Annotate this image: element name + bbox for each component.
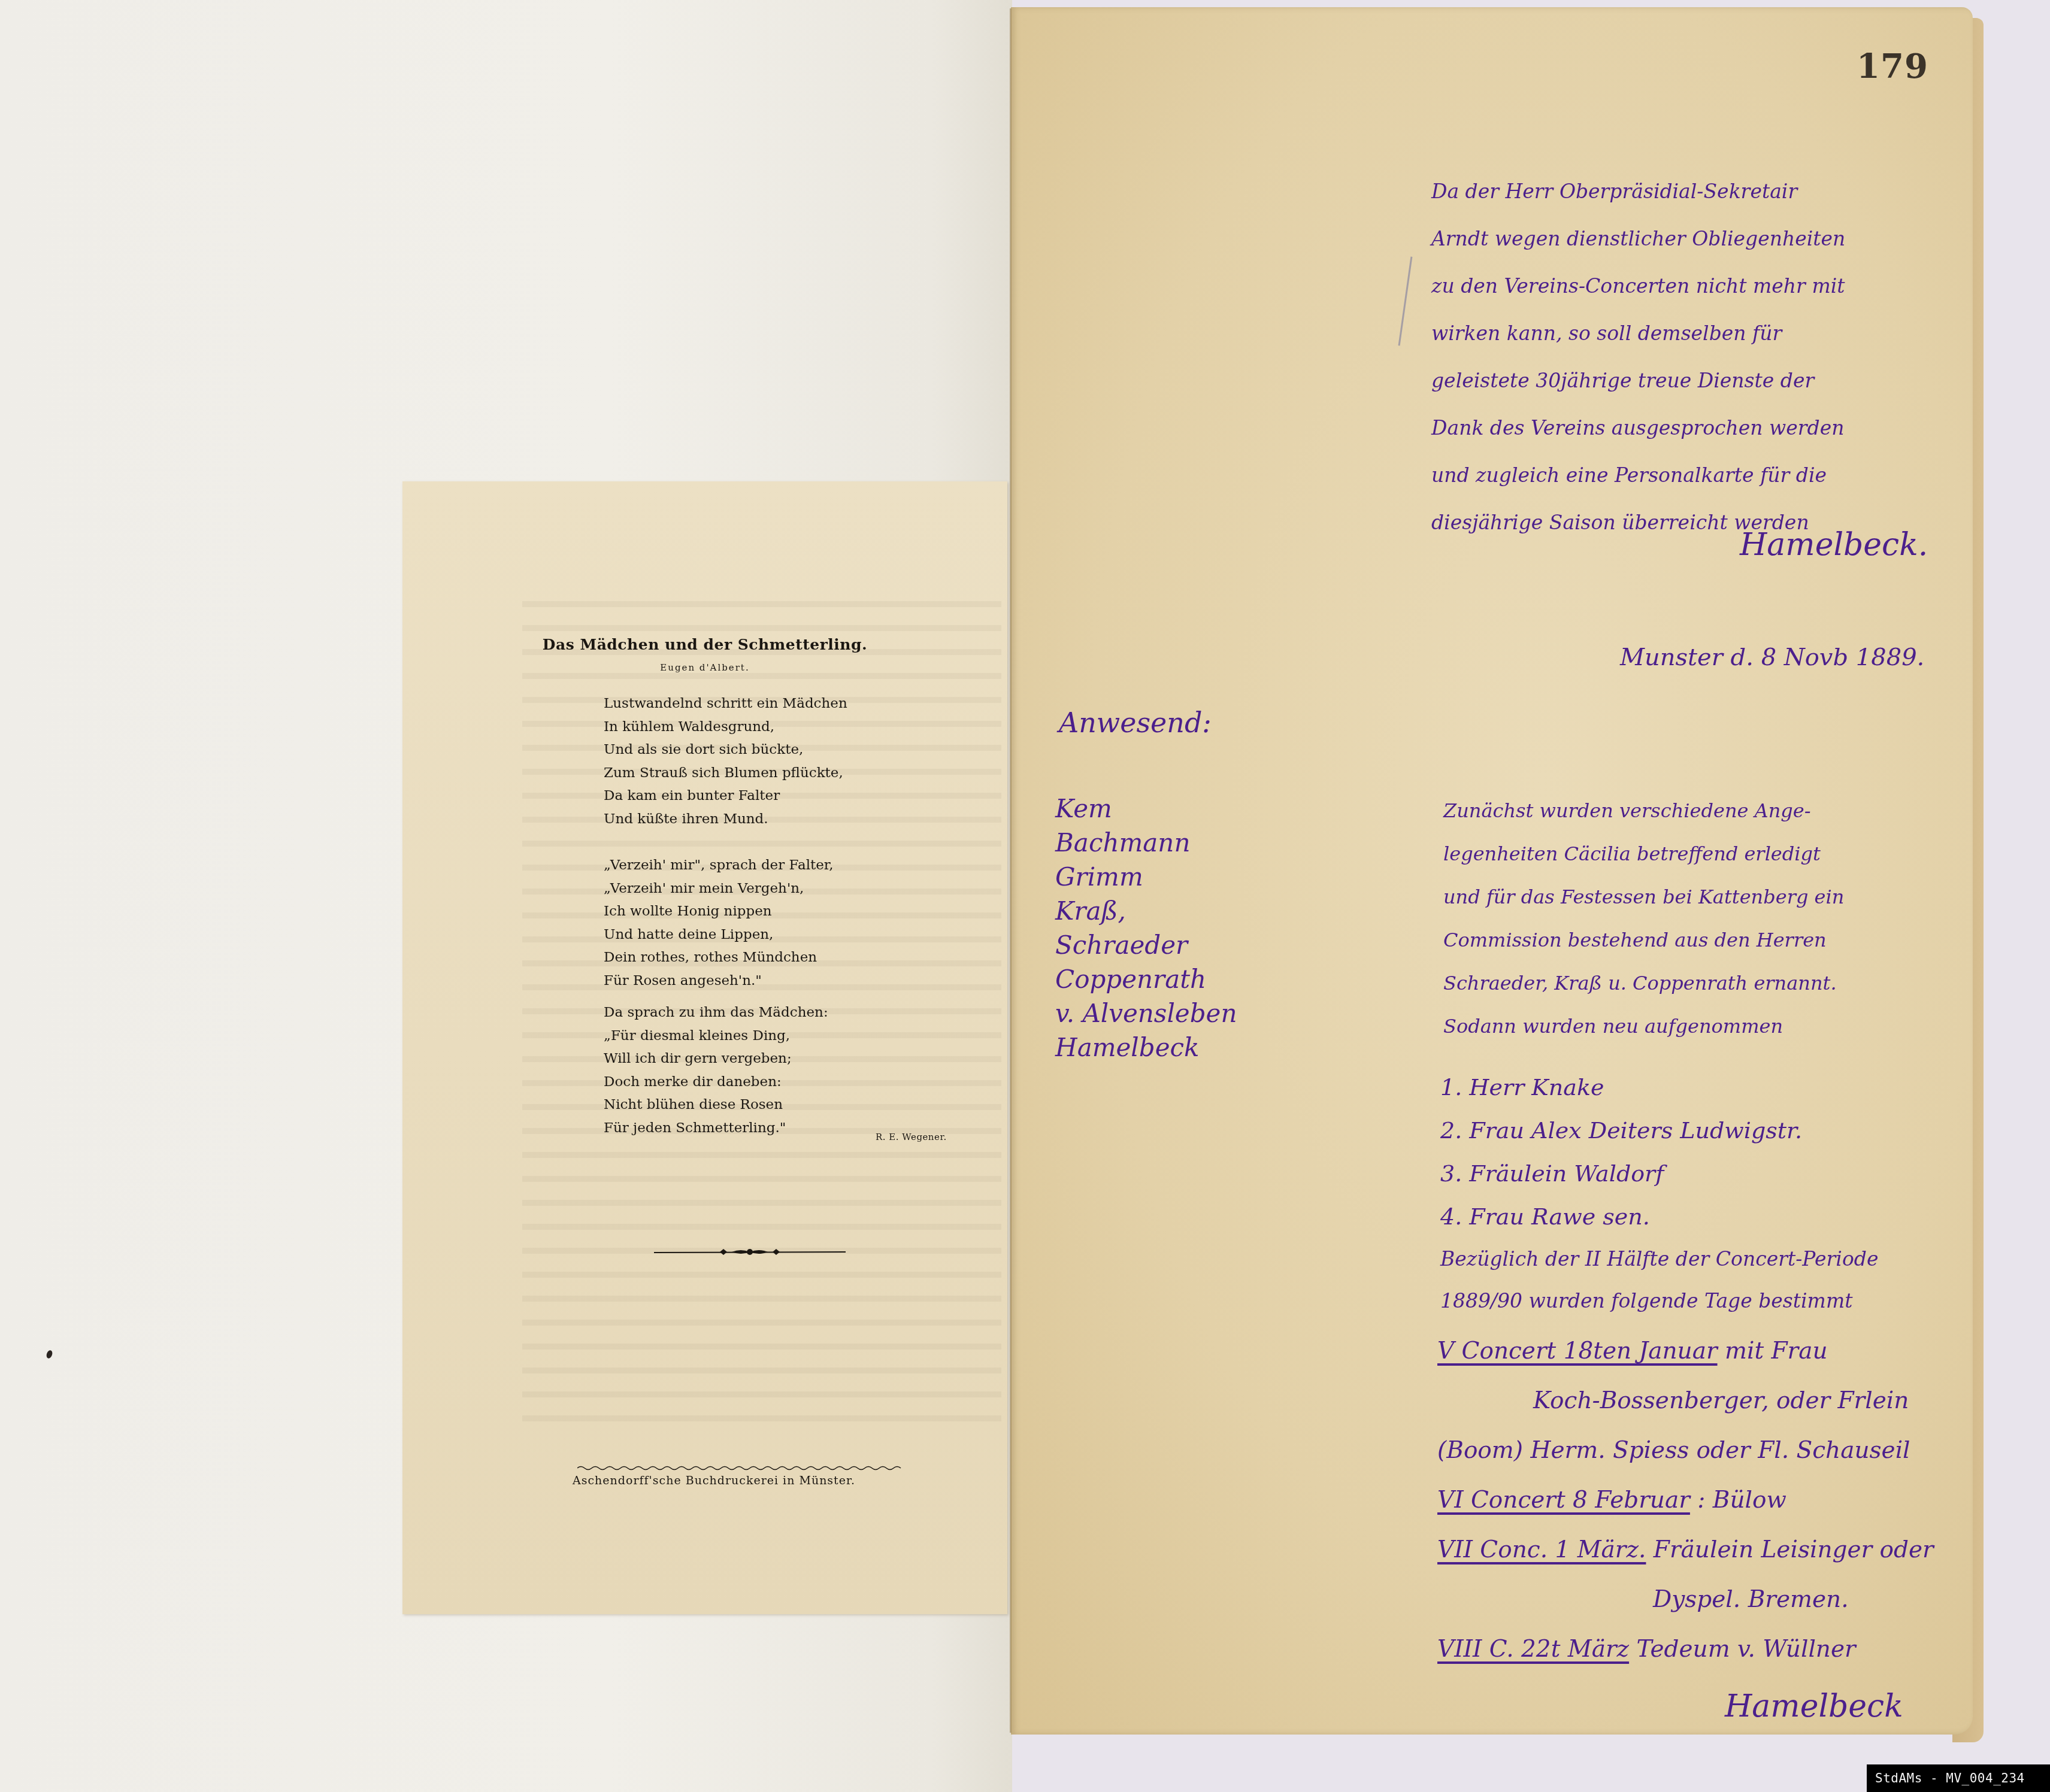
concert-entry: (Boom) Herm. Spiess oder Fl. Schauseil xyxy=(1437,1426,1934,1475)
gutter xyxy=(1010,8,1012,1733)
new-members-list: 1. Herr Knake 2. Frau Alex Deiters Ludwi… xyxy=(1440,1066,1802,1238)
concert-detail: Fräulein Leisinger oder xyxy=(1646,1536,1933,1563)
handwritten-line: zu den Vereins-Concerten nicht mehr mit xyxy=(1431,262,1845,310)
signature-2: Hamelbeck xyxy=(1725,1688,1903,1724)
poem-line: Ich wollte Honig nippen xyxy=(604,900,834,923)
attendee-name: Hamelbeck xyxy=(1055,1030,1237,1065)
poem-line: Und als sie dort sich bückte, xyxy=(604,738,847,762)
concert-entry: V Concert 18ten Januar mit Frau xyxy=(1437,1326,1934,1376)
minutes-paragraph-1: Da der Herr Oberpräsidial-Sekretair Arnd… xyxy=(1431,168,1845,546)
handwritten-line: Zunächst wurden verschiedene Ange- xyxy=(1443,789,1844,832)
attendance-heading: Anwesend: xyxy=(1059,707,1212,739)
concert-label: VI Concert 8 Februar xyxy=(1437,1487,1690,1514)
poem-line: Dein rothes, rothes Mündchen xyxy=(604,946,834,969)
dateline: Munster d. 8 Novb 1889. xyxy=(1620,644,1924,671)
poem-line: Nicht blühen diese Rosen xyxy=(604,1093,828,1117)
poem-stanza-2: „Verzeih' mir", sprach der Falter, „Verz… xyxy=(604,854,834,992)
poem-line: Für Rosen angeseh'n." xyxy=(604,969,834,993)
poem-line: „Verzeih' mir", sprach der Falter, xyxy=(604,854,834,877)
concert-detail: Koch-Bossenberger, oder Frlein xyxy=(1533,1387,1909,1414)
concert-schedule: V Concert 18ten Januar mit Frau Koch-Bos… xyxy=(1437,1326,1934,1674)
poem-line: Und küßte ihren Mund. xyxy=(604,808,847,831)
poem-title: Das Mädchen und der Schmetterling. xyxy=(402,636,1007,653)
poem-line: Für jeden Schmetterling." xyxy=(604,1117,828,1140)
poem-author: R. E. Wegener. xyxy=(876,1132,947,1142)
handwritten-line: wirken kann, so soll demselben für xyxy=(1431,310,1845,357)
new-member: 3. Fräulein Waldorf xyxy=(1440,1152,1802,1195)
attendance-list: Kem Bachmann Grimm Kraß, Schraeder Coppe… xyxy=(1055,792,1237,1065)
new-member: 2. Frau Alex Deiters Ludwigstr. xyxy=(1440,1109,1802,1152)
concert-detail: : Bülow xyxy=(1690,1487,1786,1514)
attendee-name: Bachmann xyxy=(1055,826,1237,860)
poem-line: Will ich dir gern vergeben; xyxy=(604,1047,828,1071)
concert-entry: Koch-Bossenberger, oder Frlein xyxy=(1437,1376,1934,1426)
concert-detail: Dyspel. Bremen. xyxy=(1653,1586,1849,1613)
poem-line: Lustwandelnd schritt ein Mädchen xyxy=(604,692,847,715)
concert-label: V Concert 18ten Januar xyxy=(1437,1338,1718,1365)
handwritten-line: Sodann wurden neu aufgenommen xyxy=(1443,1005,1844,1048)
handwritten-line: Bezüglich der II Hälfte der Concert-Peri… xyxy=(1440,1238,1878,1280)
poem-line: „Für diesmal kleines Ding, xyxy=(604,1024,828,1048)
handwritten-line: Da der Herr Oberpräsidial-Sekretair xyxy=(1431,168,1845,215)
concert-entry: Dyspel. Bremen. xyxy=(1437,1575,1934,1624)
attendee-name: Grimm xyxy=(1055,860,1237,894)
handwritten-line: Commission bestehend aus den Herren xyxy=(1443,918,1844,962)
handwritten-line: geleistete 30jährige treue Dienste der xyxy=(1431,357,1845,404)
handwritten-line: Arndt wegen dienstlicher Obliegenheiten xyxy=(1431,215,1845,262)
left-page: Das Mädchen und der Schmetterling. Eugen… xyxy=(0,0,1012,1792)
handwritten-line: 1889/90 wurden folgende Tage bestimmt xyxy=(1440,1280,1878,1322)
poem-line: „Verzeih' mir mein Vergeh'n, xyxy=(604,877,834,900)
poem-line: Da sprach zu ihm das Mädchen: xyxy=(604,1001,828,1024)
attendee-name: Schraeder xyxy=(1055,928,1237,962)
new-member: 1. Herr Knake xyxy=(1440,1066,1802,1109)
handwritten-line: Schraeder, Kraß u. Coppenrath ernannt. xyxy=(1443,962,1844,1005)
attendee-name: v. Alvensleben xyxy=(1055,996,1237,1030)
poem-line: Zum Strauß sich Blumen pflückte, xyxy=(604,762,847,785)
poem-stanza-3: Da sprach zu ihm das Mädchen: „Für diesm… xyxy=(604,1001,828,1139)
printer-imprint: Aschendorff'sche Buchdruckerei in Münste… xyxy=(402,1474,1007,1487)
signature-1: Hamelbeck. xyxy=(1740,527,1928,563)
handwritten-line: und für das Festessen bei Kattenberg ein xyxy=(1443,875,1844,918)
attendee-name: Coppenrath xyxy=(1055,962,1237,996)
concert-label: VII Conc. 1 März. xyxy=(1437,1536,1646,1563)
attendee-name: Kraß, xyxy=(1055,894,1237,928)
attendee-name: Kem xyxy=(1055,792,1237,826)
concert-entry: VIII C. 22t März Tedeum v. Wüllner xyxy=(1437,1624,1934,1674)
printed-leaflet: Das Mädchen und der Schmetterling. Eugen… xyxy=(402,481,1007,1614)
decorative-rule-icon xyxy=(654,1247,846,1257)
handwritten-line: legenheiten Cäcilia betreffend erledigt xyxy=(1443,832,1844,875)
handwritten-line: Dank des Vereins ausgesprochen werden xyxy=(1431,404,1845,451)
archive-label: StdAMs - MV_004_234 xyxy=(1867,1764,2050,1792)
concert-detail: Tedeum v. Wüllner xyxy=(1629,1636,1856,1663)
concert-entry: VI Concert 8 Februar : Bülow xyxy=(1437,1475,1934,1525)
ink-spot xyxy=(46,1350,53,1359)
minutes-paragraph-2: Zunächst wurden verschiedene Ange- legen… xyxy=(1443,789,1844,1048)
poem-line: Doch merke dir daneben: xyxy=(604,1071,828,1094)
new-member: 4. Frau Rawe sen. xyxy=(1440,1195,1802,1238)
wavy-rule-icon xyxy=(577,1463,907,1472)
poem-line: In kühlem Waldesgrund, xyxy=(604,715,847,739)
poem-stanza-1: Lustwandelnd schritt ein Mädchen In kühl… xyxy=(604,692,847,830)
poem-line: Und hatte deine Lippen, xyxy=(604,923,834,947)
concert-label: VIII C. 22t März xyxy=(1437,1636,1629,1663)
concert-entry: VII Conc. 1 März. Fräulein Leisinger ode… xyxy=(1437,1525,1934,1575)
concert-detail: mit Frau xyxy=(1718,1338,1828,1365)
concert-detail: (Boom) Herm. Spiess oder Fl. Schauseil xyxy=(1437,1437,1910,1464)
handwritten-line: und zugleich eine Personalkarte für die xyxy=(1431,451,1845,499)
minutes-paragraph-3: Bezüglich der II Hälfte der Concert-Peri… xyxy=(1440,1238,1878,1322)
page-number: 179 xyxy=(1857,47,1928,86)
poem-composer: Eugen d'Albert. xyxy=(402,662,1007,673)
poem-line: Da kam ein bunter Falter xyxy=(604,784,847,808)
